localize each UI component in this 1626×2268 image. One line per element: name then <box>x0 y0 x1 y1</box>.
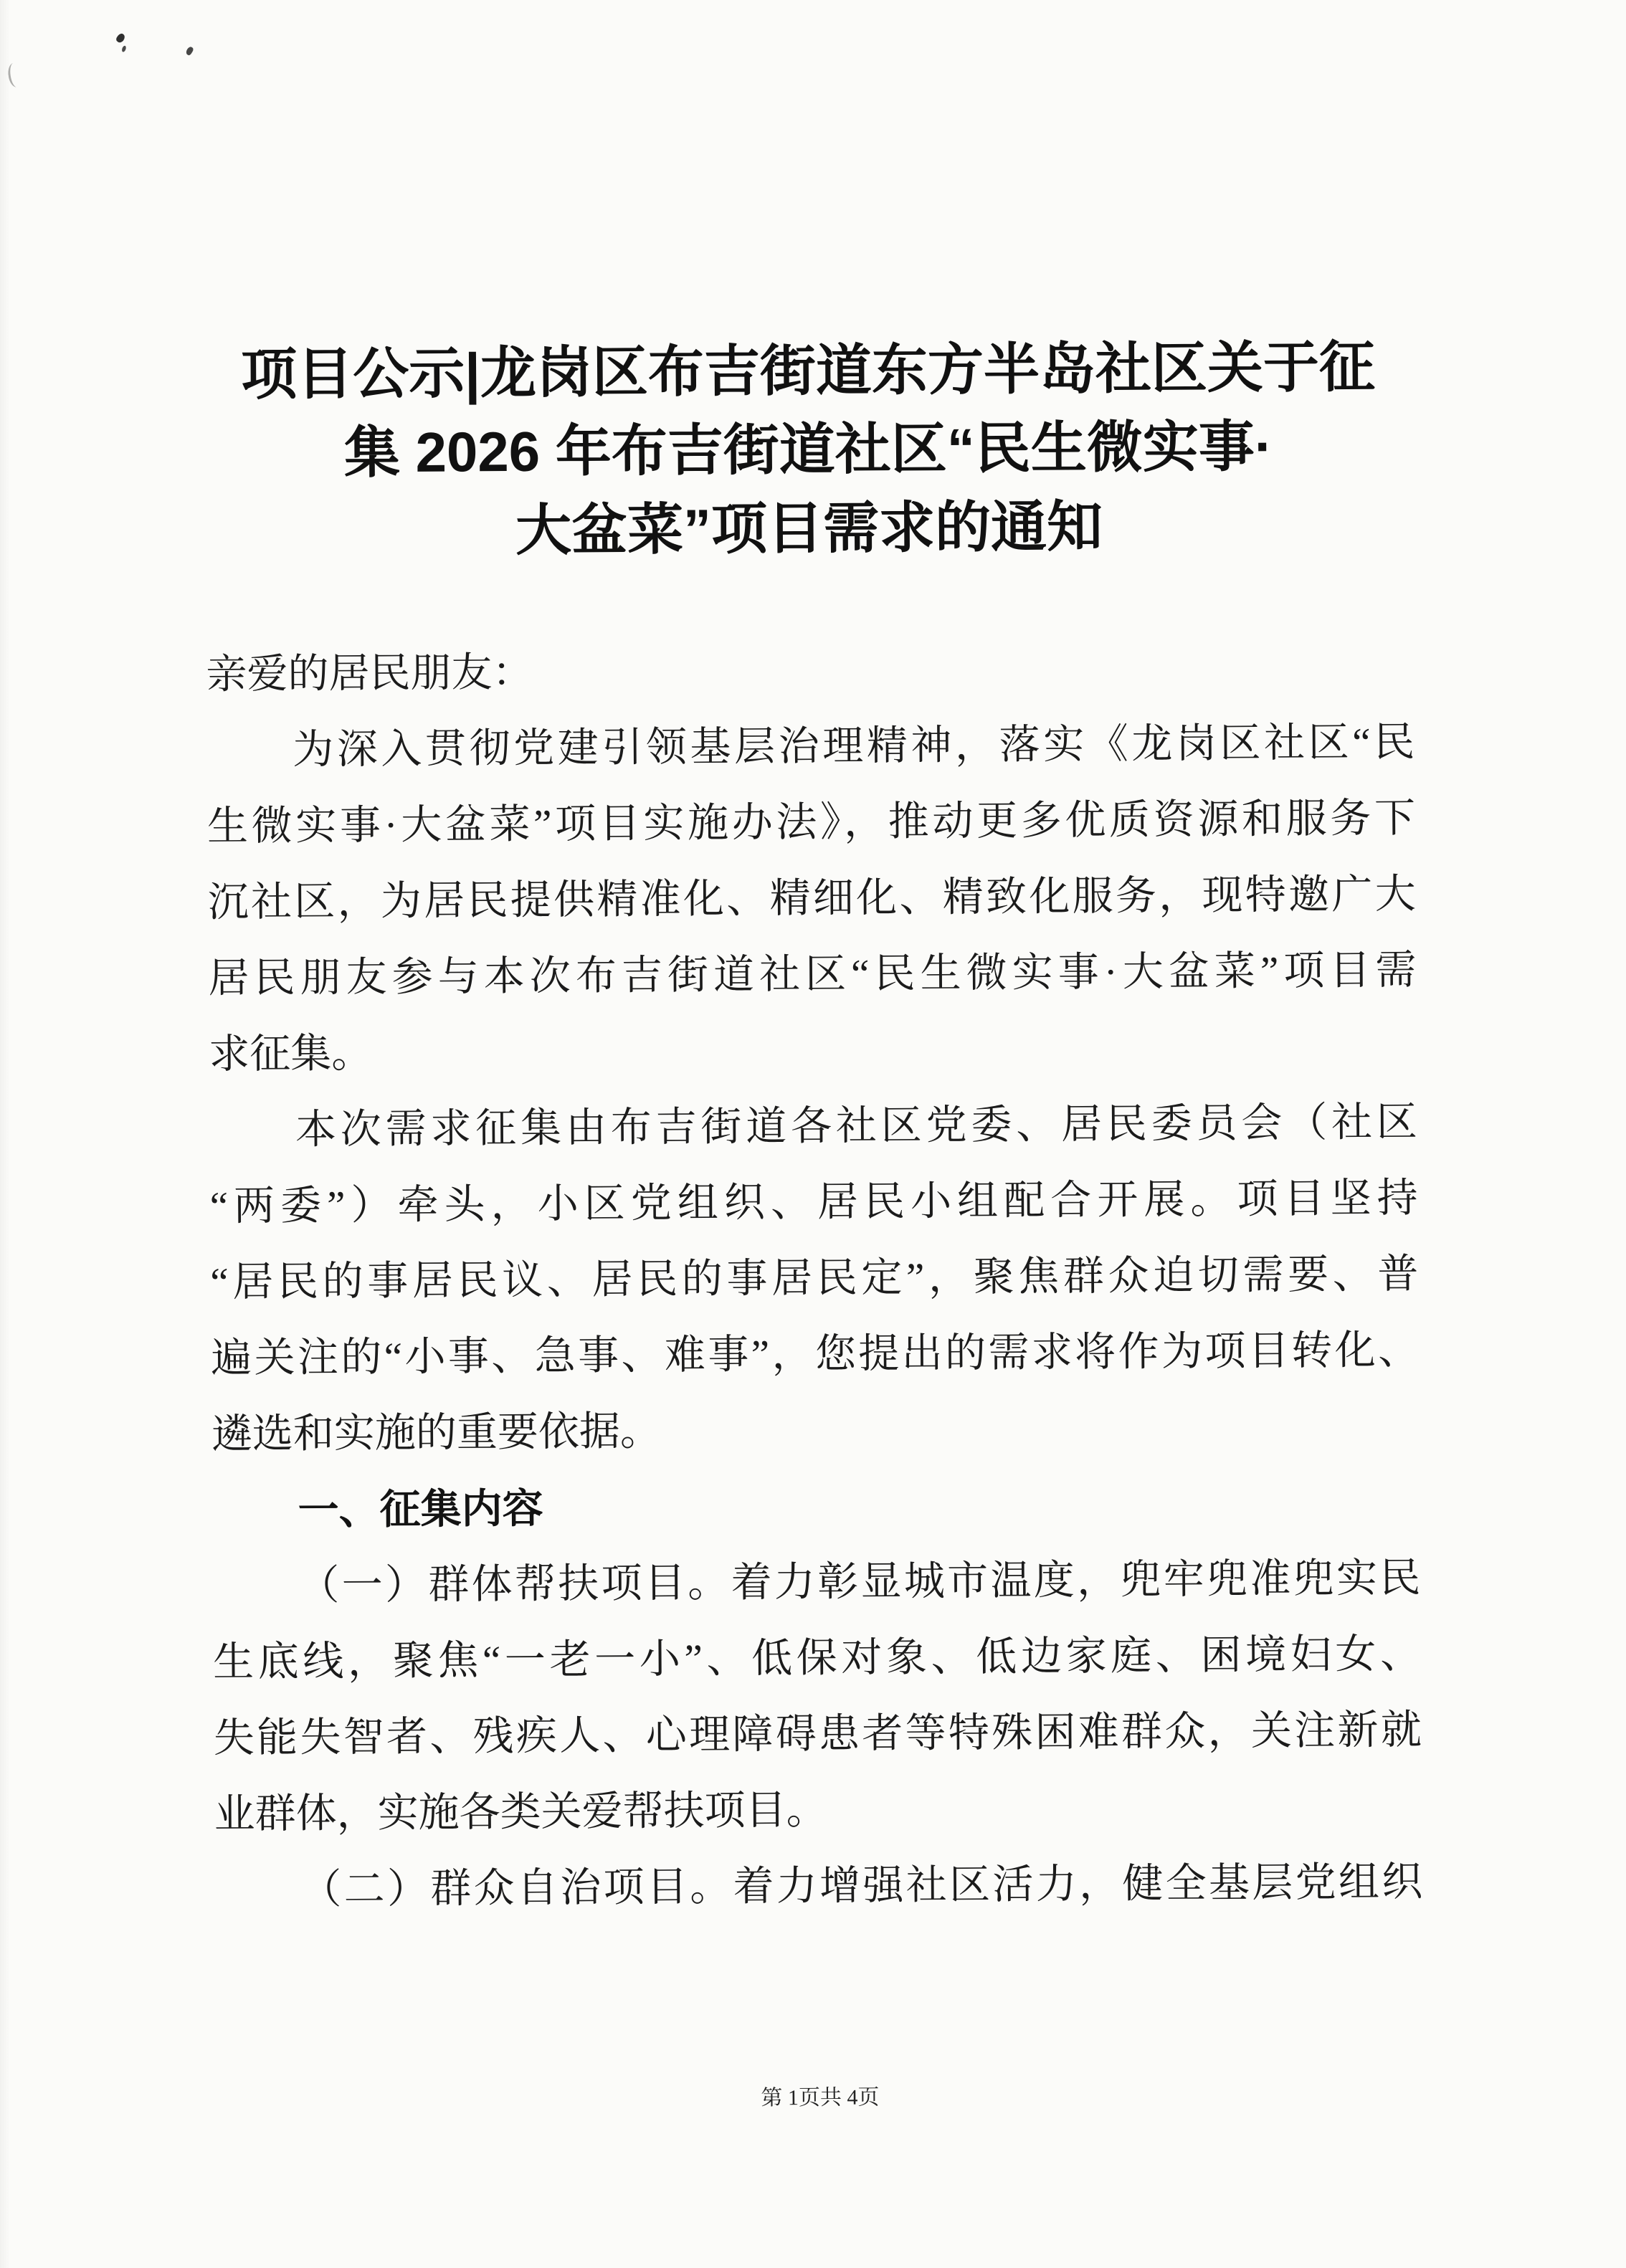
paragraph-line: 居民朋友参与本次布吉街道社区“民生微实事·大盆菜”项目需 <box>208 933 1417 1017</box>
section-heading: 一、征集内容 <box>211 1464 1420 1549</box>
page-number: 第 1页共 4页 <box>216 2078 1424 2118</box>
paper-sheet: 项目公示|龙岗区布吉街道东方半岛社区关于征 集 2026 年布吉街道社区“民生微… <box>0 0 1626 2268</box>
paragraph-line: 遴选和实施的重要依据。 <box>211 1388 1420 1473</box>
paragraph-line: 本次需求征集由布吉街道各社区党委、居民委员会（社区 <box>209 1085 1418 1169</box>
scan-artifact <box>115 32 126 44</box>
paragraph-line: （一）群体帮扶项目。着力彰显城市温度，兜牢兜准兜实民 <box>212 1540 1421 1625</box>
salutation: 亲爱的居民朋友： <box>206 629 1415 713</box>
title-line-1: 项目公示|龙岗区布吉街道东方半岛社区关于征 <box>204 327 1412 414</box>
title-line-3: 大盆菜”项目需求的通知 <box>205 485 1414 572</box>
paragraph-line: 生微实事·大盆菜”项目实施办法》，推动更多优质资源和服务下 <box>207 781 1416 865</box>
title-line-2: 集 2026 年布吉街道社区“民生微实事· <box>204 406 1413 493</box>
paragraph-line: 求征集。 <box>209 1009 1417 1093</box>
scanned-document-page: 项目公示|龙岗区布吉街道东方半岛社区关于征 集 2026 年布吉街道社区“民生微… <box>0 0 1626 2268</box>
scan-artifact <box>185 46 194 56</box>
paragraph-line: 遍关注的“小事、急事、难事”，您提出的需求将作为项目转化、 <box>211 1312 1420 1397</box>
scan-artifact <box>6 62 24 88</box>
paragraph-line: 生底线，聚焦“一老一小”、低保对象、低边家庭、困境妇女、 <box>213 1616 1422 1701</box>
paragraph-line: “两委”）牵头，小区党组织、居民小组配合开展。项目坚持 <box>209 1161 1418 1245</box>
paragraph-line: “居民的事居民议、居民的事居民定”，聚焦群众迫切需要、普 <box>210 1237 1419 1321</box>
document-body: 亲爱的居民朋友： 为深入贯彻党建引领基层治理精神，落实《龙岗区社区“民 生微实事… <box>206 629 1423 1929</box>
paragraph-line: 业群体，实施各类关爱帮扶项目。 <box>214 1768 1422 1853</box>
paragraph-line: （二）群众自治项目。着力增强社区活力，健全基层党组织 <box>214 1844 1423 1929</box>
scan-artifact <box>121 45 127 52</box>
paragraph-line: 为深入贯彻党建引领基层治理精神，落实《龙岗区社区“民 <box>206 705 1415 789</box>
paragraph-line: 失能失智者、残疾人、心理障碍患者等特殊困难群众，关注新就 <box>214 1692 1422 1777</box>
paragraph-line: 沉社区，为居民提供精准化、精细化、精致化服务，现特邀广大 <box>207 857 1416 941</box>
document-title: 项目公示|龙岗区布吉街道东方半岛社区关于征 集 2026 年布吉街道社区“民生微… <box>204 327 1413 572</box>
